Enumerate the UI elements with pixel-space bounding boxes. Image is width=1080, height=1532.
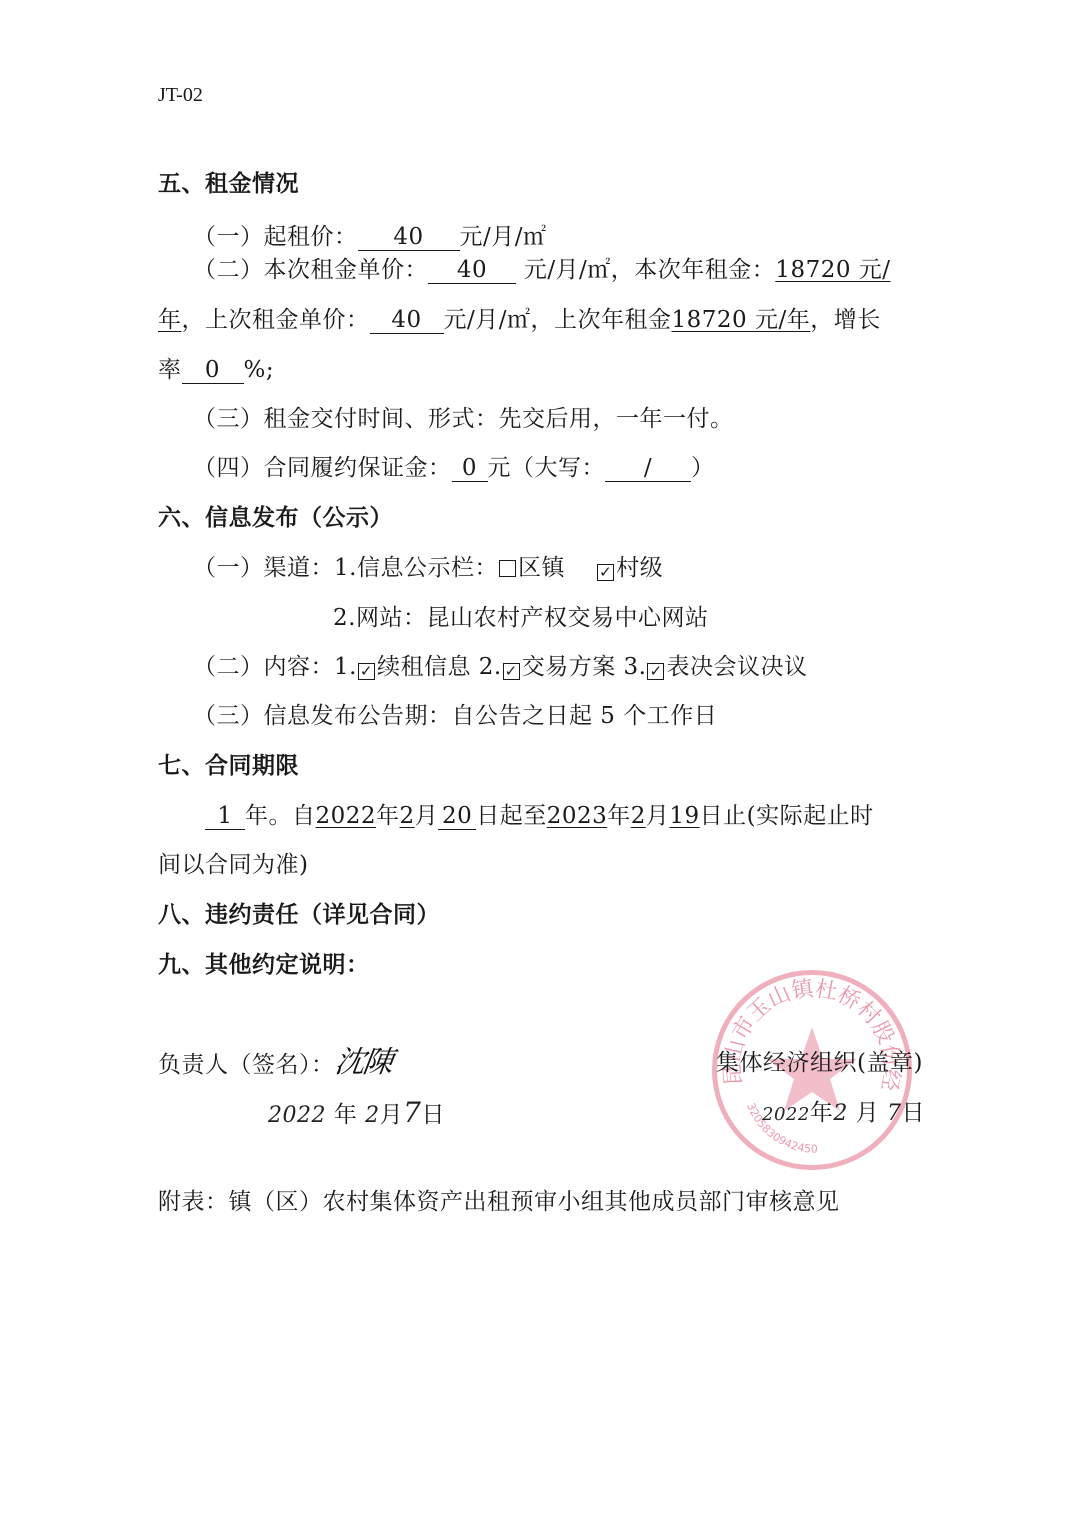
end-month: 2: [631, 803, 646, 829]
growth-rate-label: 率: [158, 357, 182, 383]
org-date-month: 2: [833, 1101, 848, 1126]
deposit-suffix: ）: [691, 455, 715, 481]
content-row: （二）内容：1.✓续租信息 2.✓交易方案 3.✓表决会议决议: [193, 652, 807, 682]
section9-title: 九、其他约定说明：: [158, 950, 370, 980]
org-date-day: 7: [887, 1101, 902, 1126]
start-rent-label: （一）起租价：: [193, 224, 358, 250]
checkbox-district-town[interactable]: [499, 560, 516, 577]
end-year: 2023: [547, 803, 608, 829]
option-village: 村级: [616, 555, 663, 581]
contract-term-row: 1年。自2022年2月20日起至2023年2月19日止(实际起止时: [205, 801, 874, 831]
start-year: 2022: [316, 803, 377, 829]
content-label: （二）内容：: [193, 654, 334, 680]
prev-price-label: ，上次租金单价：: [182, 307, 370, 333]
resp-date-year: 2022: [268, 1103, 326, 1128]
year-unit-cont: 年: [158, 307, 182, 333]
term-text: 年。自: [245, 803, 316, 829]
start-day: 20: [438, 803, 476, 830]
end-day: 19: [669, 803, 699, 829]
content-renewal-info: 续租信息: [377, 654, 471, 680]
growth-label: ，增长: [810, 307, 881, 333]
resp-date-day-label: 日: [421, 1102, 445, 1128]
publication-period: （三）信息发布公告期：自公告之日起 5 个工作日: [193, 701, 717, 731]
start-day-label: 日起至: [476, 803, 547, 829]
channel-label: （一）渠道：1.信息公示栏：: [193, 555, 498, 581]
responsible-label: 负责人（签名）：: [158, 1052, 335, 1078]
resp-date-year-label: 年: [334, 1102, 358, 1128]
org-date-month-label: 月: [856, 1100, 880, 1126]
start-month: 2: [400, 803, 415, 829]
responsible-signature: 沈陳: [332, 1048, 392, 1078]
current-unit-price: 40: [428, 257, 516, 284]
checkbox-renewal-info[interactable]: ✓: [358, 663, 375, 680]
current-price-label: （二）本次租金单价：: [193, 257, 428, 283]
org-date-year: 2022: [762, 1104, 810, 1125]
start-rent-unit: 元/月/㎡: [460, 224, 547, 250]
content-num-1: 1.: [334, 654, 357, 680]
responsible-row: 负责人（签名）：沈陳: [158, 1048, 391, 1080]
end-month-label: 月: [646, 803, 670, 829]
current-price-unit: 元/月/㎡，本次年租金：: [524, 257, 776, 283]
end-day-label: 日止(实际起止时: [700, 803, 874, 829]
doc-code: JT-02: [158, 80, 203, 110]
checkbox-trade-plan[interactable]: ✓: [503, 663, 520, 680]
responsible-date: 2022 年 2月7日: [268, 1098, 445, 1131]
start-year-label: 年: [376, 803, 400, 829]
current-rent-row: （二）本次租金单价：40 元/月/㎡，本次年租金：18720 元/: [193, 255, 891, 285]
org-date-year-label: 年: [810, 1100, 834, 1126]
channel-row: （一）渠道：1.信息公示栏：区镇 ✓村级: [193, 553, 663, 583]
end-year-label: 年: [607, 803, 631, 829]
contract-term-note: 间以合同为准): [158, 850, 308, 880]
prev-annual-rent: 18720 元/年: [672, 307, 811, 333]
website-row: 2.网站：昆山农村产权交易中心网站: [333, 603, 708, 633]
section7-title: 七、合同期限: [158, 751, 299, 781]
growth-rate-unit: %;: [244, 357, 275, 383]
content-meeting-resolution: 表决会议决议: [666, 654, 807, 680]
section5-title: 五、租金情况: [158, 169, 299, 199]
deposit-row: （四）合同履约保证金：0元（大写：/）: [193, 453, 715, 483]
org-seal-label: 集体经济组织(盖章): [716, 1048, 923, 1078]
start-month-label: 月: [415, 803, 439, 829]
content-num-2: 2.: [479, 654, 502, 680]
checkbox-meeting-resolution[interactable]: ✓: [647, 663, 664, 680]
term-years: 1: [205, 803, 245, 830]
payment-terms: （三）租金交付时间、形式：先交后用，一年一付。: [193, 404, 734, 434]
current-annual-rent: 18720 元/: [775, 257, 890, 283]
start-rent-row: （一）起租价：40元/月/㎡: [193, 222, 547, 252]
deposit-label: （四）合同履约保证金：: [193, 455, 452, 481]
org-date-day-label: 日: [901, 1100, 925, 1126]
prev-unit-price: 40: [370, 307, 444, 334]
growth-rate-row: 率0%;: [158, 355, 274, 385]
deposit-mid: 元（大写：: [488, 455, 606, 481]
previous-rent-row: 年，上次租金单价：40元/月/㎡，上次年租金18720 元/年，增长: [158, 305, 881, 335]
resp-date-month: 2: [365, 1103, 380, 1128]
resp-date-day: 7: [403, 1096, 421, 1129]
appendix-title: 附表：镇（区）农村集体资产出租预审小组其他成员部门审核意见: [158, 1187, 840, 1217]
growth-rate-value: 0: [182, 357, 244, 384]
org-date: 2022年2 月 7日: [762, 1098, 925, 1130]
start-rent-value: 40: [358, 224, 460, 251]
checkbox-village[interactable]: ✓: [597, 564, 614, 581]
resp-date-month-label: 月: [380, 1102, 404, 1128]
content-num-3: 3.: [624, 654, 647, 680]
section8-title: 八、违约责任（详见合同）: [158, 900, 440, 930]
document-page: JT-02 五、租金情况 （一）起租价：40元/月/㎡ （二）本次租金单价：40…: [0, 0, 1080, 1532]
deposit-amount: 0: [452, 455, 488, 482]
section6-title: 六、信息发布（公示）: [158, 503, 393, 533]
option-district-town: 区镇: [518, 555, 565, 581]
deposit-capital: /: [605, 455, 691, 482]
prev-price-unit: 元/月/㎡，上次年租金: [444, 307, 672, 333]
content-trade-plan: 交易方案: [522, 654, 616, 680]
